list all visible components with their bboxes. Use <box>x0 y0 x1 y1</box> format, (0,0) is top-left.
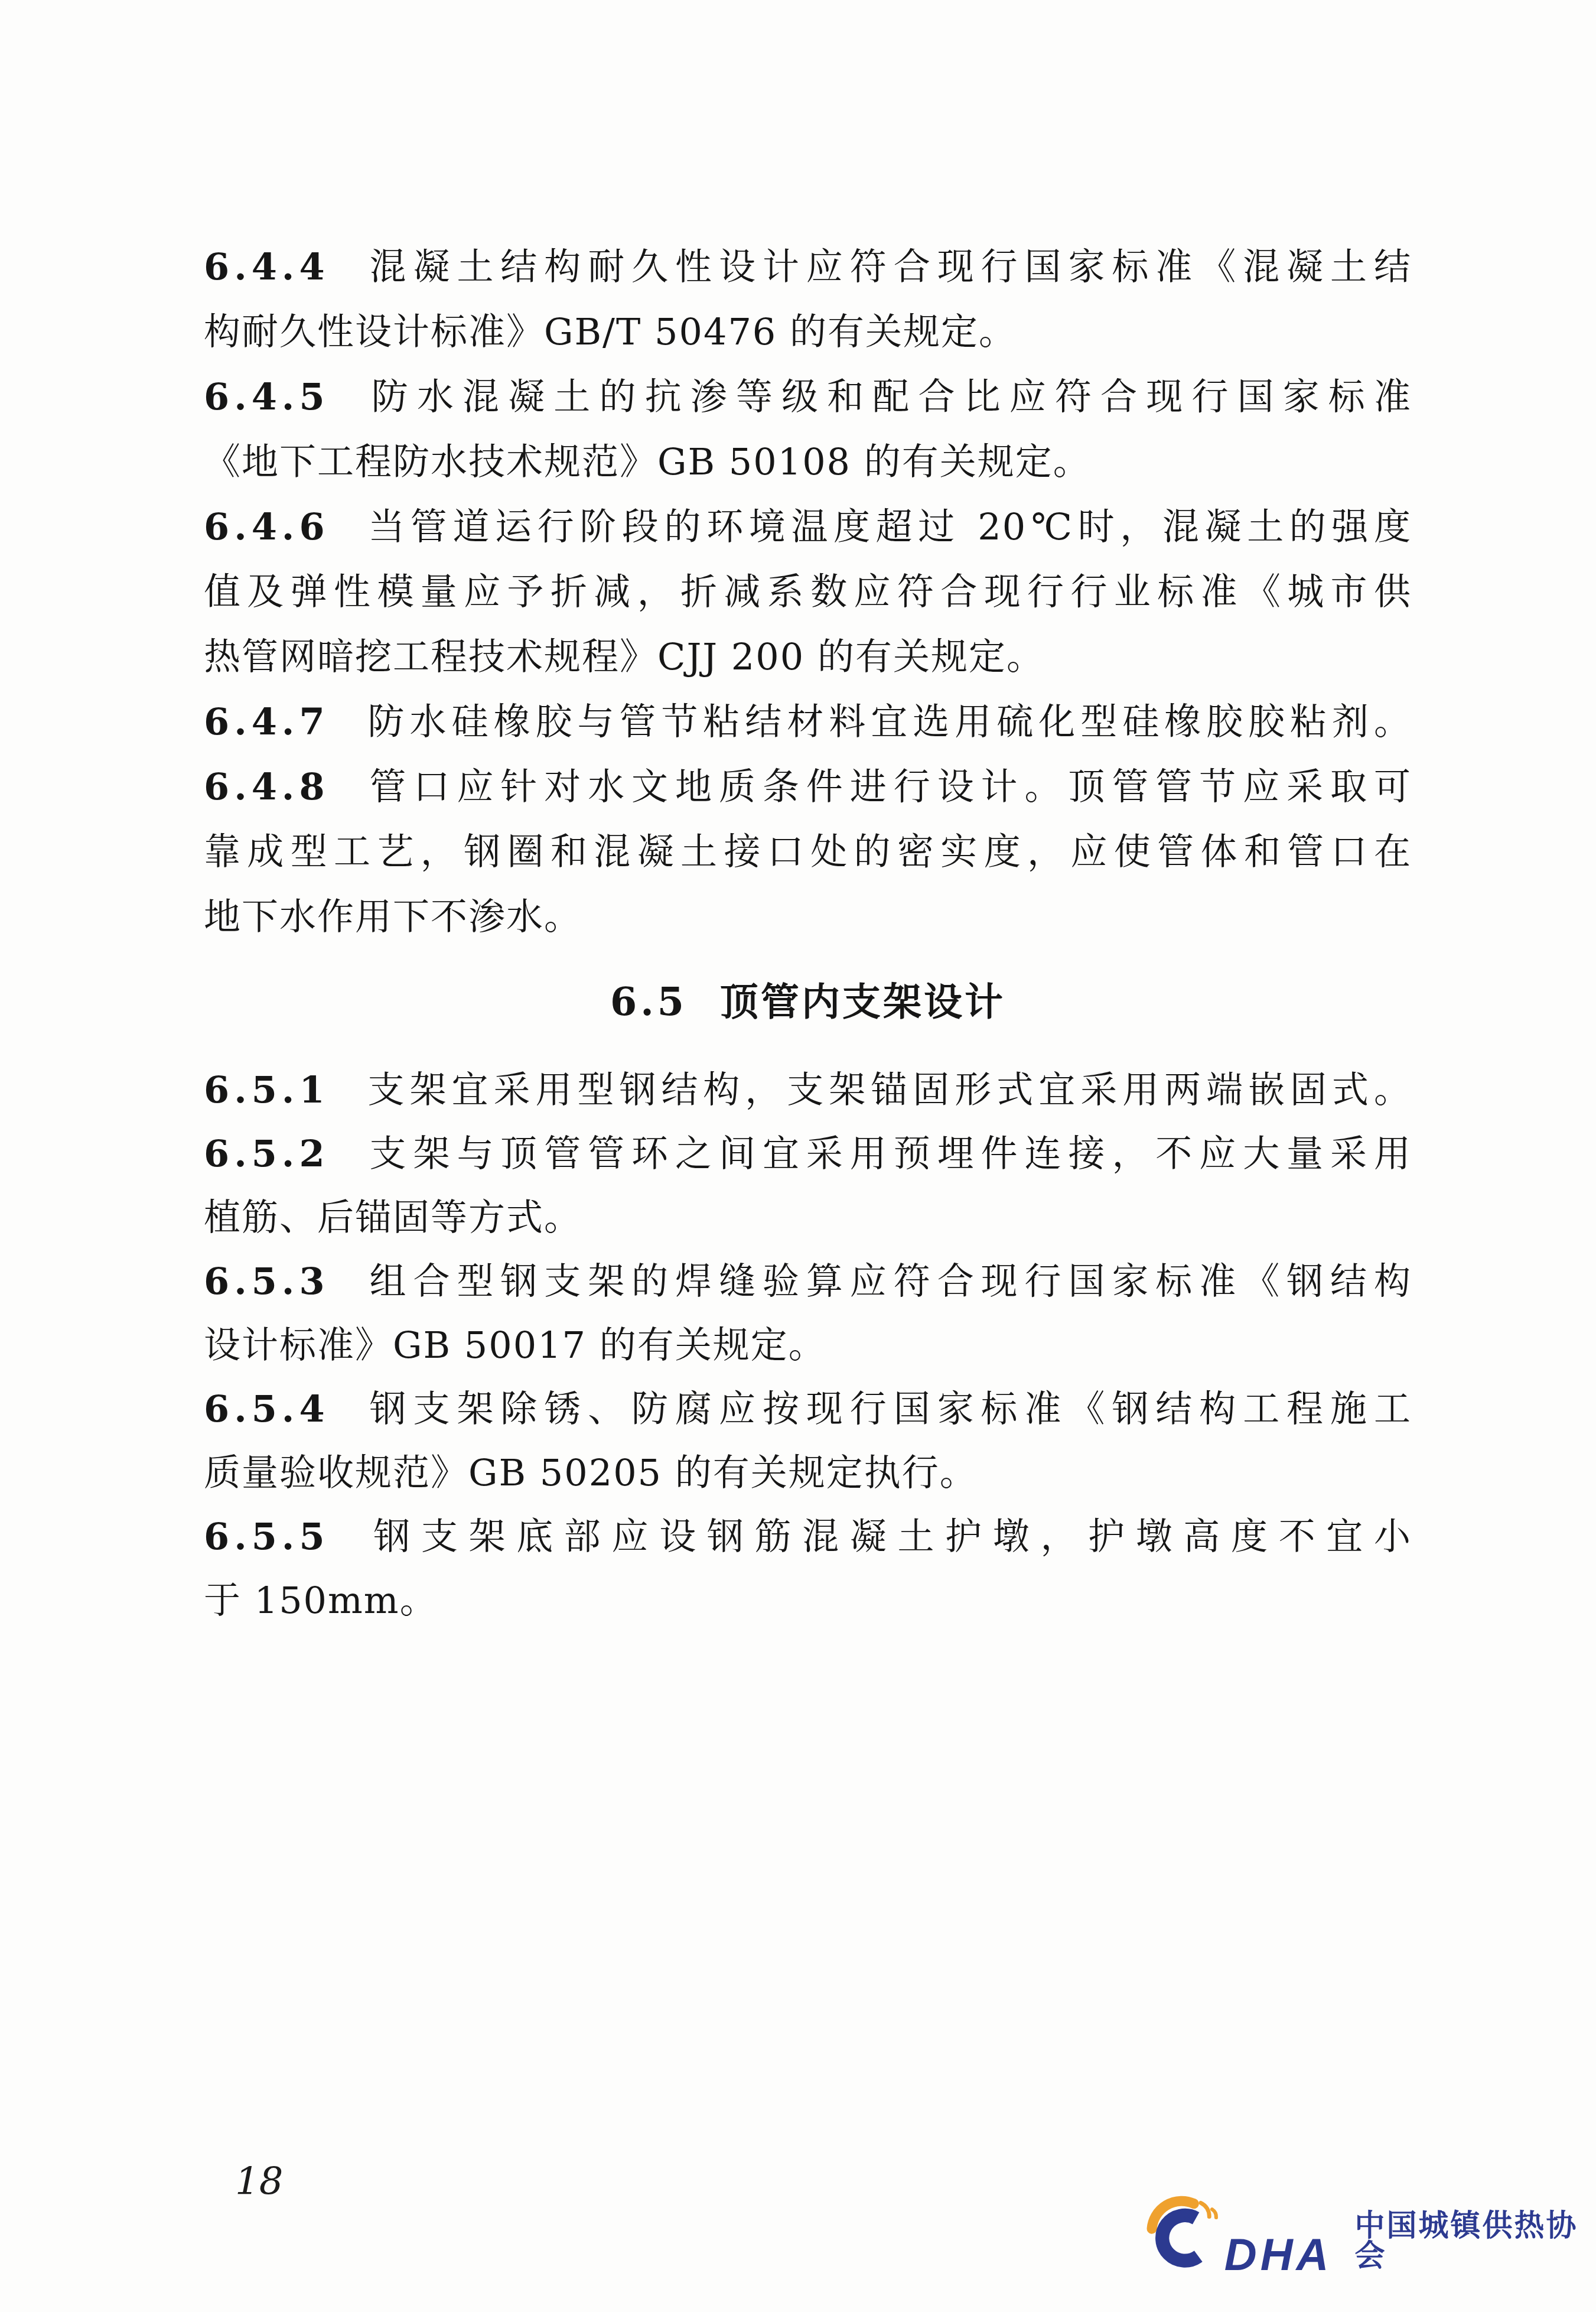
clause-line: 6.4.8管口应针对水文地质条件进行设计。顶管管节应采取可 <box>204 755 1412 820</box>
clause-line: 6.5.2支架与顶管管环之间宜采用预埋件连接，不应大量采用 <box>204 1122 1412 1186</box>
clause-line: 于 150mm。 <box>204 1569 1412 1633</box>
clause-line: 植筋、后锚固等方式。 <box>204 1186 1412 1250</box>
clause-number: 6.4.4 <box>204 245 330 288</box>
document-page: 6.4.4混凝土结构耐久性设计应符合现行国家标准《混凝土结构耐久性设计标准》GB… <box>0 0 1596 2312</box>
clause-number: 6.5.3 <box>204 1260 330 1303</box>
clause-line: 6.4.5防水混凝土的抗渗等级和配合比应符合现行国家标准 <box>204 365 1412 430</box>
clause-line: 6.5.3组合型钢支架的焊缝验算应符合现行国家标准《钢结构 <box>204 1250 1412 1313</box>
clause-number: 6.4.7 <box>204 700 330 743</box>
logo-acronym: DHA <box>1224 2233 1333 2278</box>
clause-number: 6.5.1 <box>204 1068 330 1111</box>
clause-line: 6.5.1支架宜采用型钢结构，支架锚固形式宜采用两端嵌固式。 <box>204 1058 1412 1122</box>
clause-line: 质量验收规范》GB 50205 的有关规定执行。 <box>204 1441 1412 1505</box>
cdha-logo-icon <box>1143 2189 1228 2279</box>
clause-number: 6.4.8 <box>204 765 330 808</box>
clause-number: 6.4.6 <box>204 505 330 548</box>
clause-line: 6.4.6当管道运行阶段的环境温度超过 20℃时，混凝土的强度 <box>204 495 1412 560</box>
clause-line: 设计标准》GB 50017 的有关规定。 <box>204 1313 1412 1377</box>
clauses-section-6-4: 6.4.4混凝土结构耐久性设计应符合现行国家标准《混凝土结构耐久性设计标准》GB… <box>204 235 1412 949</box>
clause-number: 6.5.5 <box>204 1515 330 1558</box>
association-logo: DHA 中国城镇供热协会 <box>1143 2189 1596 2279</box>
clause-line: 6.5.4钢支架除锈、防腐应按现行国家标准《钢结构工程施工 <box>204 1377 1412 1441</box>
clause-line: 《地下工程防水技术规范》GB 50108 的有关规定。 <box>204 430 1412 495</box>
clause-line: 值及弹性模量应予折减，折减系数应符合现行行业标准《城市供 <box>204 560 1412 625</box>
clause-line: 热管网暗挖工程技术规程》CJJ 200 的有关规定。 <box>204 625 1412 690</box>
clause-line: 6.5.5钢支架底部应设钢筋混凝土护墩，护墩高度不宜小 <box>204 1505 1412 1569</box>
clause-line: 6.4.4混凝土结构耐久性设计应符合现行国家标准《混凝土结 <box>204 235 1412 300</box>
section-heading: 6.5顶管内支架设计 <box>204 969 1412 1035</box>
clause-number: 6.4.5 <box>204 375 330 418</box>
clause-line: 构耐久性设计标准》GB/T 50476 的有关规定。 <box>204 300 1412 365</box>
page-number: 18 <box>235 2160 283 2205</box>
section-heading-title: 顶管内支架设计 <box>720 980 1005 1023</box>
clause-number: 6.5.4 <box>204 1387 330 1430</box>
clause-line: 靠成型工艺，钢圈和混凝土接口处的密实度，应使管体和管口在 <box>204 820 1412 885</box>
clause-line: 6.4.7防水硅橡胶与管节粘结材料宜选用硫化型硅橡胶胶粘剂。 <box>204 690 1412 755</box>
clause-number: 6.5.2 <box>204 1132 330 1175</box>
clause-line: 地下水作用下不渗水。 <box>204 885 1412 949</box>
section-heading-number: 6.5 <box>610 980 688 1025</box>
logo-org-name: 中国城镇供热协会 <box>1354 2210 1596 2271</box>
clauses-section-6-5: 6.5.1支架宜采用型钢结构，支架锚固形式宜采用两端嵌固式。6.5.2支架与顶管… <box>204 1058 1412 1633</box>
